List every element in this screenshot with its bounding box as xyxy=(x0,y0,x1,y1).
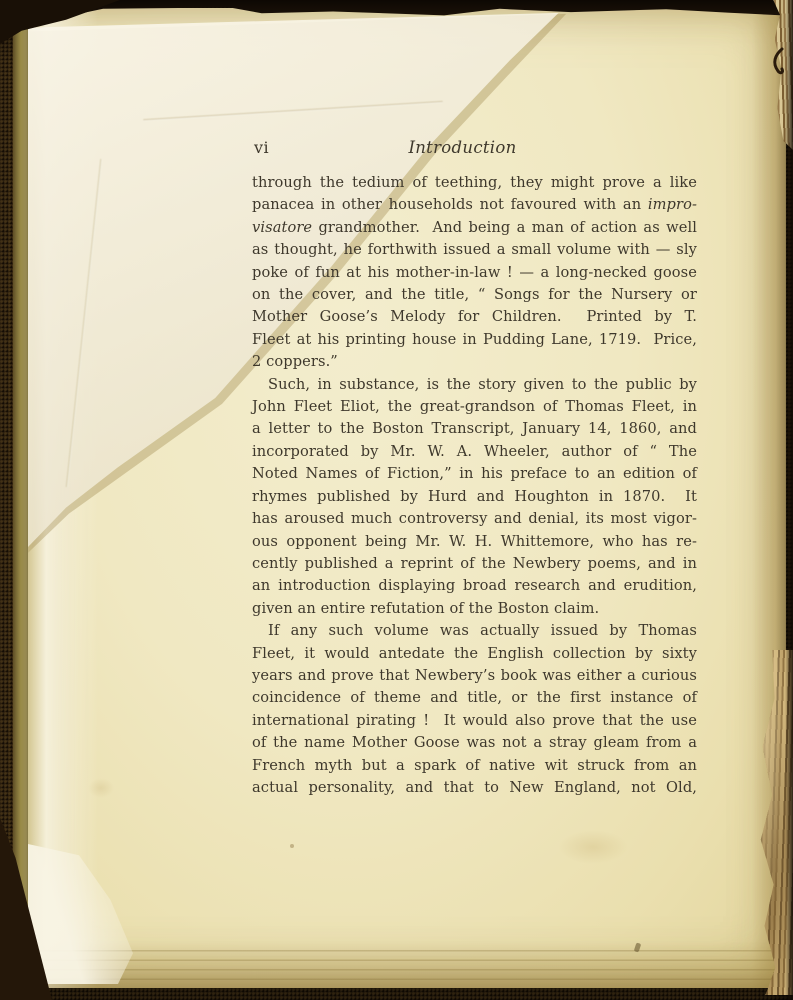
text-body: through the tedium of teething, they mig… xyxy=(252,172,697,799)
text-line: Noted Names of Fiction,” in his preface … xyxy=(252,463,697,485)
paper-stain xyxy=(558,830,628,864)
text-line: ous opponent being Mr. W. H. Whittemore,… xyxy=(252,531,697,553)
text-line: panacea in other households not favoured… xyxy=(252,194,697,216)
text-line: If any such volume was actually issued b… xyxy=(252,620,697,642)
paragraph: through the tedium of teething, they mig… xyxy=(252,172,697,374)
book-page: vi Introduction through the tedium of te… xyxy=(28,8,786,988)
text-line: years and prove that Newbery’s book was … xyxy=(252,665,697,687)
text-line: Mother Goose’s Melody for Children. Prin… xyxy=(252,306,697,328)
text-line: French myth but a spark of native wit st… xyxy=(252,755,697,777)
paragraph: Such, in substance, is the story given t… xyxy=(252,374,697,620)
text-line: actual personality, and that to New Engl… xyxy=(252,777,697,799)
page-edge-stack-bottom xyxy=(28,942,786,988)
page-content: vi Introduction through the tedium of te… xyxy=(252,138,697,799)
paragraph: If any such volume was actually issued b… xyxy=(252,620,697,799)
text-line: international pirating ! It would also p… xyxy=(252,710,697,732)
text-line: Fleet, it would antedate the English col… xyxy=(252,643,697,665)
running-title: Introduction xyxy=(240,138,685,158)
text-line: Fleet at his printing house in Pudding L… xyxy=(252,329,697,351)
text-line: on the cover, and the title, “ Songs for… xyxy=(252,284,697,306)
text-line: through the tedium of teething, they mig… xyxy=(252,172,697,194)
text-line: 2 coppers.” xyxy=(252,351,697,373)
text-line: rhymes published by Hurd and Houghton in… xyxy=(252,486,697,508)
text-line: visatore grandmother. And being a man of… xyxy=(252,217,697,239)
text-line: given an entire refutation of the Boston… xyxy=(252,598,697,620)
text-line: John Fleet Eliot, the great-grandson of … xyxy=(252,396,697,418)
book-cover-right-edge xyxy=(785,0,793,1000)
text-line: poke of fun at his mother-in-law ! — a l… xyxy=(252,262,697,284)
ink-mark-icon xyxy=(769,46,789,80)
text-line: as thought, he forthwith issued a small … xyxy=(252,239,697,261)
text-line: incorporated by Mr. W. A. Wheeler, autho… xyxy=(252,441,697,463)
running-header: vi Introduction xyxy=(252,138,697,158)
text-line: Such, in substance, is the story given t… xyxy=(252,374,697,396)
text-line: coincidence of theme and title, or the f… xyxy=(252,687,697,709)
text-line: cently published a reprint of the Newber… xyxy=(252,553,697,575)
text-line: has aroused much controversy and denial,… xyxy=(252,508,697,530)
book-scan: vi Introduction through the tedium of te… xyxy=(0,0,793,1000)
text-line: a letter to the Boston Transcript, Janua… xyxy=(252,418,697,440)
text-line: an introduction displaying broad researc… xyxy=(252,575,697,597)
paper-stain xyxy=(290,844,294,848)
paper-stain xyxy=(88,778,114,798)
text-line: of the name Mother Goose was not a stray… xyxy=(252,732,697,754)
